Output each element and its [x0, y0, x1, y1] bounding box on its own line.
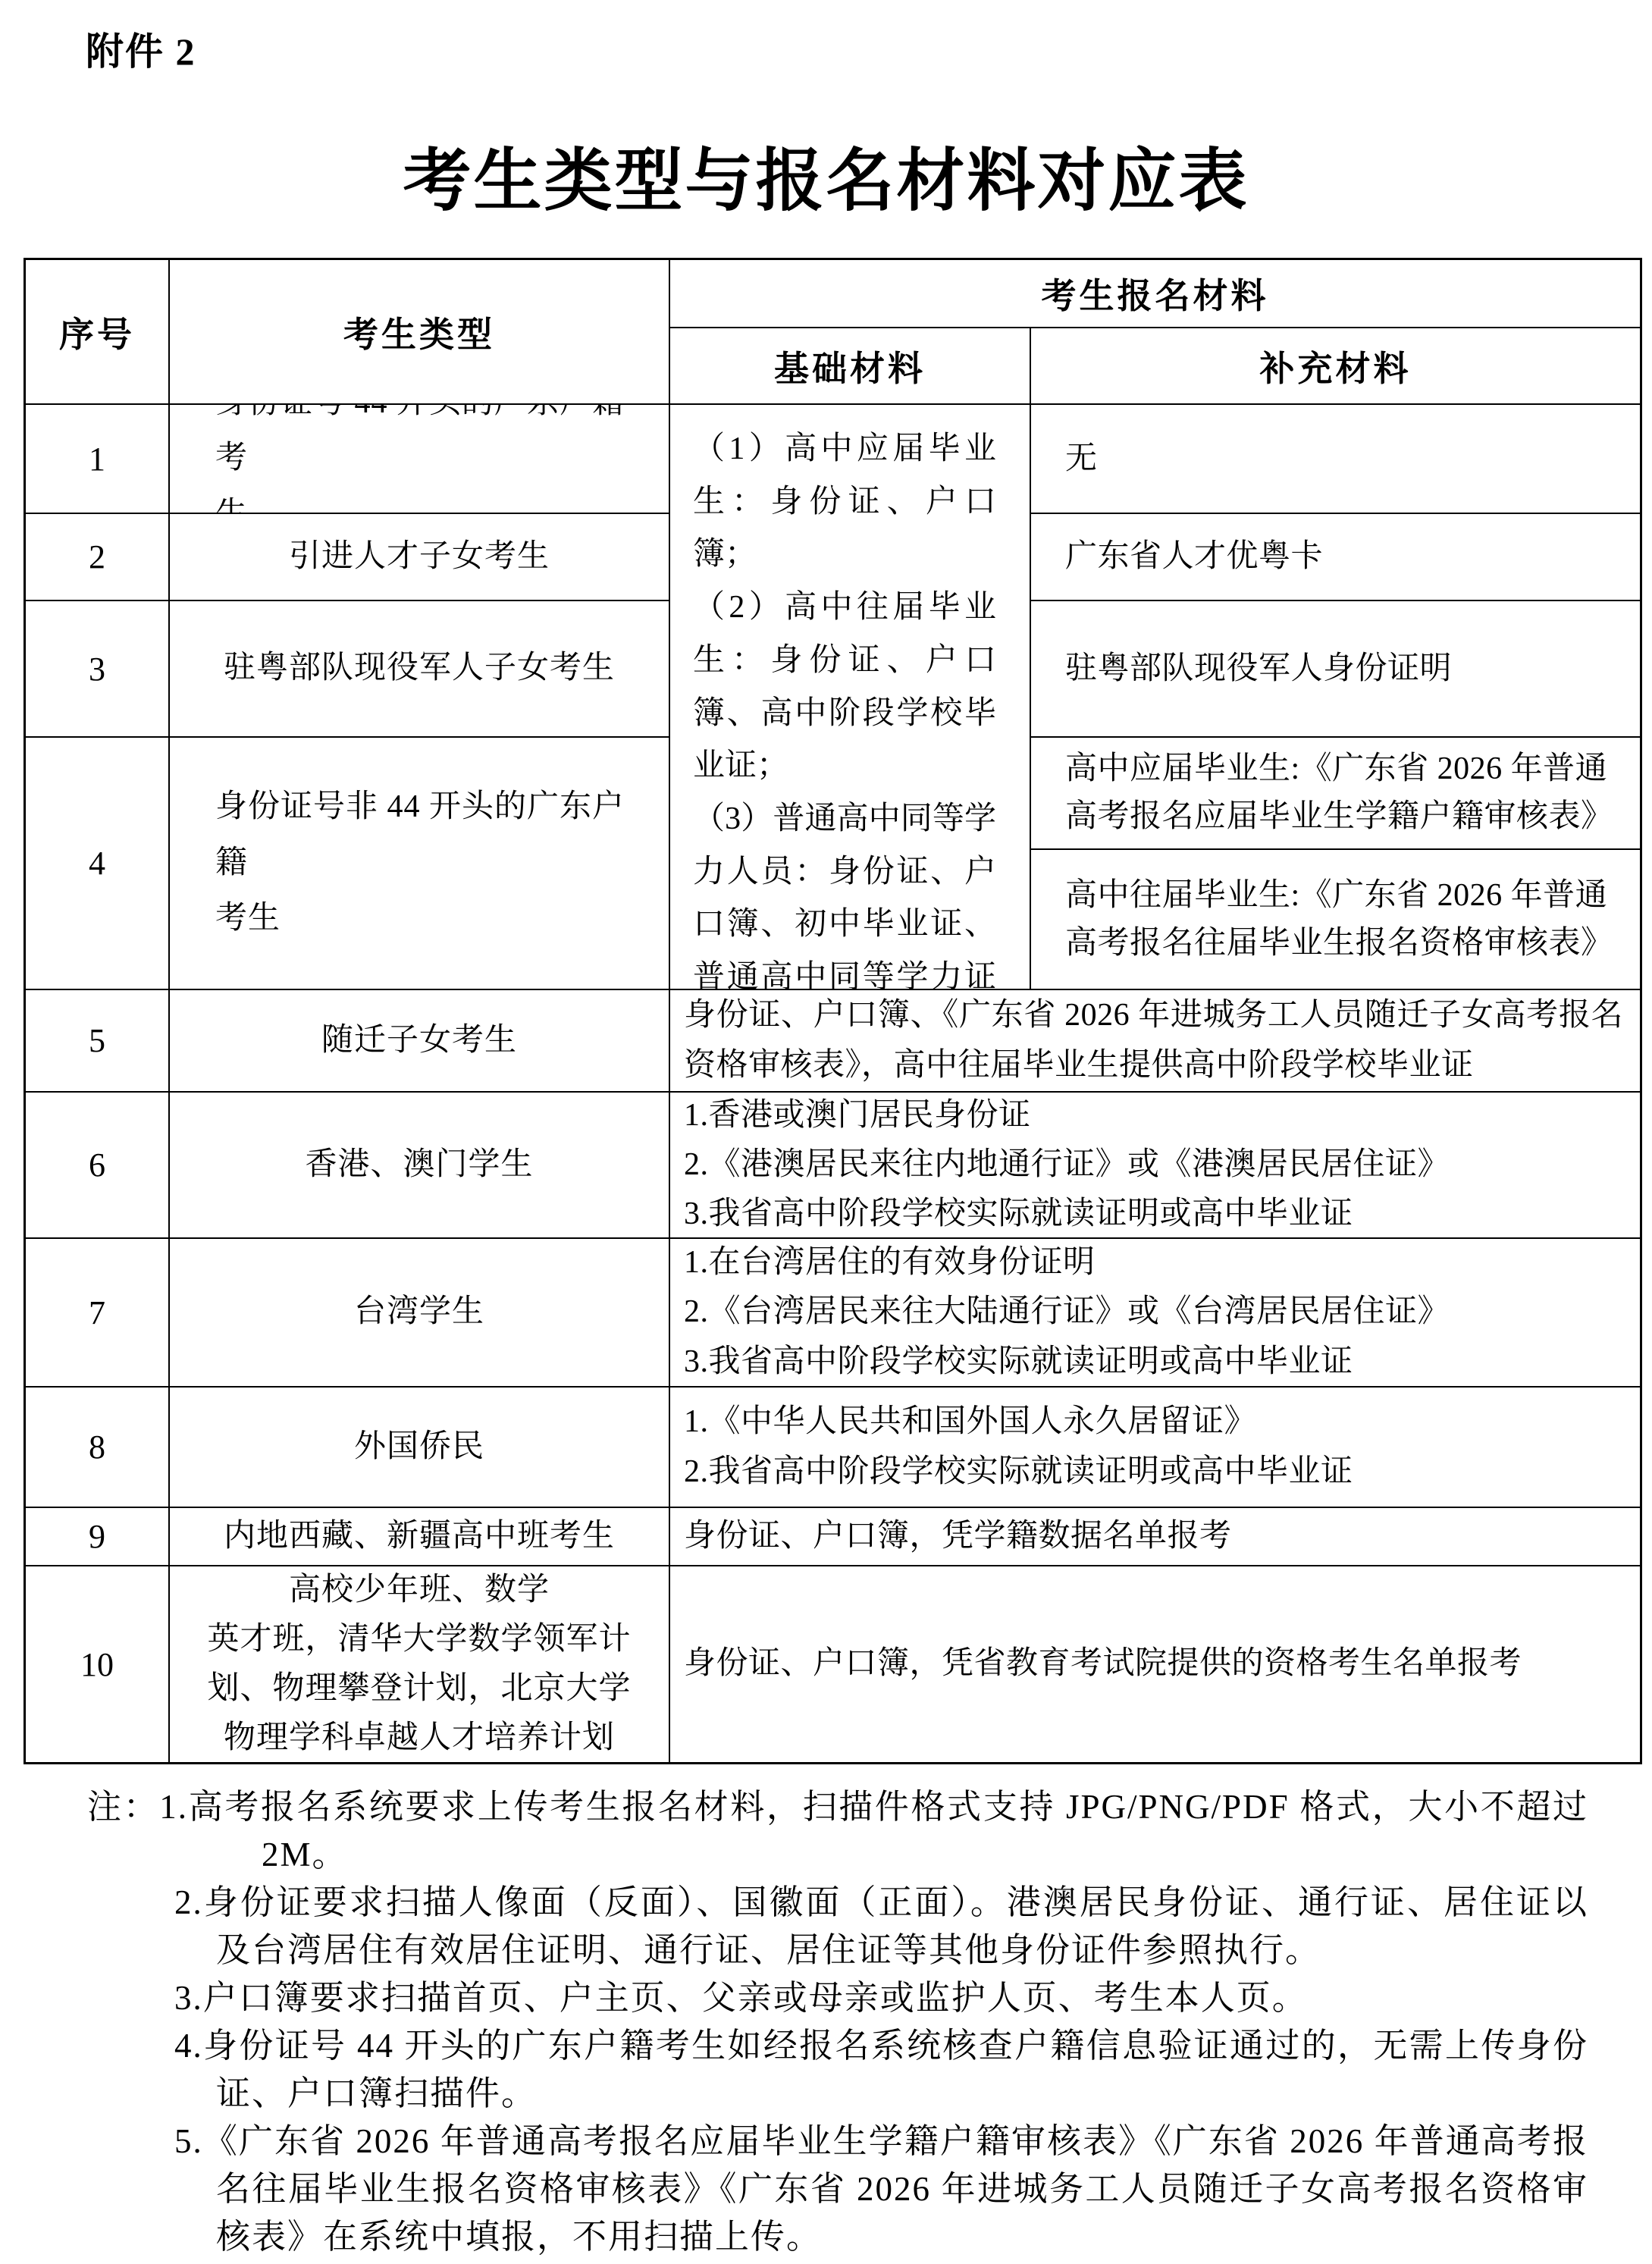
candidate-type-8: 外国侨民: [170, 1388, 670, 1508]
supplementary-4-current-graduates: 高中应届毕业生:《广东省 2026 年普通高考报名应届毕业生学籍户籍审核表》: [1031, 738, 1640, 850]
candidate-type-2: 引进人才子女考生: [170, 514, 670, 601]
supplementary-2: 广东省人才优粤卡: [1031, 514, 1640, 601]
note-item-4: 4.身份证号 44 开头的广东户籍考生如经报名系统核查户籍信息验证通过的，无需上…: [87, 2022, 1588, 2118]
materials-9: 身份证、户口簿，凭学籍数据名单报考: [670, 1508, 1640, 1566]
row-no-7: 7: [26, 1239, 170, 1388]
header-supplementary-materials: 补充材料: [1031, 328, 1640, 405]
note-text-3: 3.户口簿要求扫描首页、户主页、父亲或母亲或监护人页、考生本人页。: [174, 1979, 1308, 2017]
note-text-1: 1.高考报名系统要求上传考生报名材料，扫描件格式支持 JPG/PNG/PDF 格…: [159, 1788, 1588, 1874]
attachment-label: 附件 2: [86, 21, 196, 76]
candidate-type-3: 驻粤部队现役军人子女考生: [170, 601, 670, 738]
materials-7: 1.在台湾居住的有效身份证明 2.《台湾居民来往大陆通行证》或《台湾居民居住证》…: [670, 1239, 1640, 1388]
notes-section: 注：1.高考报名系统要求上传考生报名材料，扫描件格式支持 JPG/PNG/PDF…: [87, 1783, 1588, 2261]
supplementary-1: 无: [1031, 405, 1640, 514]
supplementary-4-former-graduates: 高中往届毕业生:《广东省 2026 年普通高考报名往届毕业生报名资格审核表》: [1031, 850, 1640, 990]
note-item-2: 2.身份证要求扫描人像面（反面）、国徽面（正面）。港澳居民身份证、通行证、居住证…: [87, 1879, 1588, 1974]
note-item-3: 3.户口簿要求扫描首页、户主页、父亲或母亲或监护人页、考生本人页。: [87, 1974, 1588, 2022]
note-text-4: 4.身份证号 44 开头的广东户籍考生如经报名系统核查户籍信息验证通过的，无需上…: [174, 2027, 1588, 2112]
candidate-type-5: 随迁子女考生: [170, 990, 670, 1093]
basic-materials-rows-1-4: （1）高中应届毕业生：身份证、户口簿； （2）高中往届毕业生：身份证、户口簿、高…: [670, 405, 1031, 990]
candidate-type-1: 身份证号 44 开头的广东户籍考 生: [170, 405, 670, 514]
row-no-10: 10: [26, 1566, 170, 1762]
header-basic-materials: 基础材料: [670, 328, 1031, 405]
note-text-5: 5.《广东省 2026 年普通高考报名应届毕业生学籍户籍审核表》《广东省 202…: [174, 2122, 1588, 2256]
notes-prefix: 注：: [87, 1788, 159, 1826]
document-page: 附件 2 考生类型与报名材料对应表 序号 考生类型 考生报名材料 基础材料 补充…: [0, 0, 1652, 2264]
candidate-materials-table: 序号 考生类型 考生报名材料 基础材料 补充材料 1 2 3 4 5 6 7 8…: [24, 258, 1642, 1764]
row-no-9: 9: [26, 1508, 170, 1566]
row-no-4: 4: [26, 738, 170, 990]
row-no-1: 1: [26, 405, 170, 514]
header-materials: 考生报名材料: [670, 260, 1640, 328]
page-title: 考生类型与报名材料对应表: [0, 125, 1652, 224]
candidate-type-4: 身份证号非 44 开头的广东户籍 考生: [170, 738, 670, 990]
header-no: 序号: [26, 260, 170, 405]
row-no-6: 6: [26, 1093, 170, 1239]
candidate-type-7: 台湾学生: [170, 1239, 670, 1388]
row-no-8: 8: [26, 1388, 170, 1508]
materials-8: 1.《中华人民共和国外国人永久居留证》 2.我省高中阶段学校实际就读证明或高中毕…: [670, 1388, 1640, 1508]
materials-5: 身份证、户口簿、《广东省 2026 年进城务工人员随迁子女高考报名资格审核表》，…: [670, 990, 1640, 1093]
supplementary-3: 驻粤部队现役军人身份证明: [1031, 601, 1640, 738]
row-no-2: 2: [26, 514, 170, 601]
candidate-type-6: 香港、澳门学生: [170, 1093, 670, 1239]
note-item-5: 5.《广东省 2026 年普通高考报名应届毕业生学籍户籍审核表》《广东省 202…: [87, 2118, 1588, 2261]
candidate-type-10: 高校少年班、数学 英才班，清华大学数学领军计 划、物理攀登计划，北京大学 物理学…: [170, 1566, 670, 1762]
note-text-2: 2.身份证要求扫描人像面（反面）、国徽面（正面）。港澳居民身份证、通行证、居住证…: [174, 1883, 1588, 1969]
header-type: 考生类型: [170, 260, 670, 405]
row-no-5: 5: [26, 990, 170, 1093]
materials-6: 1.香港或澳门居民身份证 2.《港澳居民来往内地通行证》或《港澳居民居住证》 3…: [670, 1093, 1640, 1239]
candidate-type-9: 内地西藏、新疆高中班考生: [170, 1508, 670, 1566]
materials-10: 身份证、户口簿，凭省教育考试院提供的资格考生名单报考: [670, 1566, 1640, 1762]
note-item-1: 注：1.高考报名系统要求上传考生报名材料，扫描件格式支持 JPG/PNG/PDF…: [87, 1783, 1588, 1879]
row-no-3: 3: [26, 601, 170, 738]
